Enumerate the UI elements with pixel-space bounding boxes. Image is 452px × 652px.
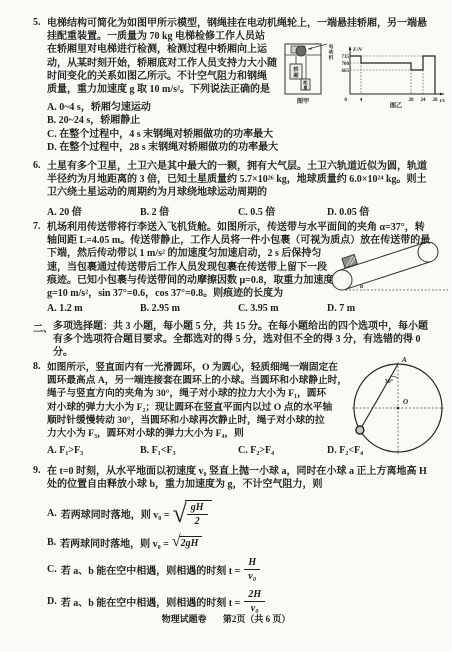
incline-angle-label: α [360, 284, 364, 290]
option-c: C. 若 a、b 能在空中相遇，则相遇的时刻 t = H v₀ [47, 554, 447, 585]
question-9: 9. 在 t=0 时刻，从水平地面以初速度 v₀ 竖直上抛一小球 a，同时在小球… [33, 465, 447, 618]
fraction-numerator: 2H [244, 589, 265, 602]
origin-label: 0 [344, 97, 347, 103]
option-b: B. F₁<F₃ [140, 445, 238, 456]
upper-roller-icon [418, 242, 438, 262]
angle-label: 30° [385, 378, 394, 385]
option-d: D. 在整个过程中，28 s 末钢绳对轿厢做功的功率最大 [47, 141, 447, 154]
fraction: H v₀ [244, 557, 260, 582]
figure-caption: 图甲 [297, 97, 309, 105]
option-c: C. 3.95 m [238, 303, 327, 314]
section-number: 二、 [33, 320, 53, 335]
text-line: 在 t=0 时刻，从水平地面以初速度 v₀ 竖直上抛一小球 a，同时在小球 a … [47, 465, 447, 478]
text-line: 机场利用传送带将行李送入飞机货舱。如图所示，传送带与水平面间的夹角 α=37°，… [47, 221, 447, 234]
root-content: 2gH [181, 538, 199, 549]
option-b: B. 若两球同时落地，则 v₀ = √ 2gH [47, 530, 447, 554]
conveyor-diagram: α [328, 236, 450, 300]
package-icon [342, 254, 357, 268]
option-d: D. 7 m [327, 303, 447, 314]
option-label: A. [47, 508, 57, 519]
option-a: A. 1.2 m [47, 303, 140, 314]
option-label: B. [47, 537, 56, 548]
option-b: B. 2 倍 [140, 203, 238, 218]
y-tick-700: 700 [342, 62, 350, 67]
ring-diagram: A 30° O [346, 352, 450, 458]
car-label-char2: 厢 [292, 71, 299, 79]
center-o-label: O [403, 398, 408, 406]
question-6: 6. 土星有多个卫星，土卫六是其中最大的一颗，拥有大气层。土卫六轨道近似为圆，轨… [33, 160, 447, 218]
options-q5: A. 0~4 s，轿厢匀速运动 B. 20~24 s，轿厢静止 C. 在整个过程… [47, 101, 447, 154]
fraction-numerator: gH [187, 502, 208, 515]
option-a: A. 若两球同时落地，则 v₀ = √ gH 2 [47, 497, 447, 530]
x-tick-20: 20 [409, 98, 415, 103]
elevator-diagram: 轿 厢 配 重 电 动 机 图甲 [281, 38, 335, 106]
question-number: 7. [33, 221, 41, 232]
fraction: gH 2 [187, 502, 208, 527]
option-a: A. 20 倍 [47, 203, 140, 218]
question-number: 5. [33, 17, 41, 28]
point-a-label: A [401, 356, 407, 364]
pulley-icon [296, 46, 306, 56]
x-tick-24: 24 [421, 98, 427, 103]
figure-elevator-model: 轿 厢 配 重 电 动 机 图甲 [281, 38, 335, 106]
option-c: C. F₂>F₄ [238, 445, 327, 456]
string-line [360, 364, 398, 430]
text-line: 卫六绕土星运动的周期约为月球绕地球运动周期的 [47, 186, 447, 199]
figure-conveyor-belt: α [328, 236, 450, 300]
option-b: B. 2.95 m [140, 303, 238, 314]
figure-ring-ball: A 30° O [346, 352, 450, 458]
option-b: B. 20~24 s，轿厢静止 [47, 114, 447, 127]
options-q7: A. 1.2 m B. 2.95 m C. 3.95 m D. 7 m [47, 303, 447, 314]
option-label: C. [47, 564, 57, 575]
lower-roller-icon [332, 270, 352, 290]
sqrt-expression: √ gH 2 [172, 500, 211, 527]
center-dot [397, 407, 400, 410]
option-c: C. 0.5 倍 [238, 203, 327, 218]
figure-caption: 图乙 [390, 102, 402, 109]
text-line: 电梯结构可简化为如图甲所示模型，钢绳挂在电动机绳轮上，一端悬挂轿厢，另一端悬 [47, 17, 447, 30]
x-tick-28: 28 [433, 98, 439, 103]
doc-title: 物理试题卷 [162, 614, 207, 624]
car-label-char1: 轿 [292, 65, 299, 73]
x-tick-4: 4 [360, 98, 363, 103]
text-line: 多项选择题：共 3 小题，每小题 5 分，共 15 分。在每小题给出的四个选项中… [53, 320, 447, 333]
option-text: 若 a、b 能在空中相遇，则相遇的时刻 t = [61, 562, 241, 577]
x-axis-label: t/s [440, 98, 445, 104]
option-c: C. 在整个过程中，4 s 末钢绳对轿厢做功的功率最大 [47, 128, 447, 141]
ball-icon [356, 426, 364, 434]
fraction-denominator: 2 [195, 515, 200, 527]
option-text: 若两球同时落地，则 v₀ = [61, 506, 170, 521]
question-number: 6. [33, 160, 41, 171]
text-line: 土星有多个卫星，土卫六是其中最大的一颗，拥有大气层。土卫六轨道近似为圆，轨道 [47, 160, 447, 173]
y-axis-label: F/N [353, 47, 363, 53]
fraction-numerator: H [244, 557, 260, 570]
question-number: 9. [33, 465, 41, 476]
y-tick-735: 735 [342, 55, 350, 60]
option-d: D. 0.05 倍 [327, 203, 447, 218]
page-footer: 物理试题卷 第2页（共 6 页） [0, 612, 452, 625]
figure-force-time-graph: F/N t/s 0 735 700 665 4 20 24 28 [334, 42, 450, 108]
force-step-curve [350, 56, 435, 94]
text-line: 半径约为月地距离的 3 倍，已知土星质量约 5.7×10²⁶ kg，地球质量约 … [47, 173, 447, 186]
text-line: 处的位置自由释放小球 b，重力加速度为 g，不计空气阻力，则 [47, 478, 447, 491]
options-q6: A. 20 倍 B. 2 倍 C. 0.5 倍 D. 0.05 倍 [47, 203, 447, 218]
motor-label-char3: 机 [329, 54, 334, 61]
fraction: 2H v₀ [244, 589, 265, 614]
option-text: 若 a、b 能在空中相遇，则相遇的时刻 t = [61, 594, 241, 609]
text-line: 有多个选项符合题目要求。全都选对的得 5 分，选对但不全的得 3 分，有选错的得… [53, 333, 447, 346]
page-number: 第2页（共 6 页） [223, 614, 291, 624]
exam-paper-page: 5. 电梯结构可简化为如图甲所示模型，钢绳挂在电动机绳轮上，一端悬挂轿厢，另一端… [0, 0, 452, 652]
y-tick-665: 665 [342, 69, 350, 74]
sqrt-expression: √ 2gH [172, 534, 203, 550]
force-time-chart: F/N t/s 0 735 700 665 4 20 24 28 [334, 42, 450, 108]
options-q9: A. 若两球同时落地，则 v₀ = √ gH 2 B. 若两球同时落地，则 v₀… [47, 497, 447, 618]
option-label: D. [47, 596, 57, 607]
option-text: 若两球同时落地，则 v₀ = [60, 535, 169, 550]
fraction-denominator: v₀ [248, 570, 256, 582]
option-a: A. F₁>F₃ [47, 445, 140, 456]
question-number: 8. [33, 361, 41, 372]
motor-label-char2: 动 [329, 49, 334, 56]
motor-label-char1: 电 [329, 43, 334, 50]
